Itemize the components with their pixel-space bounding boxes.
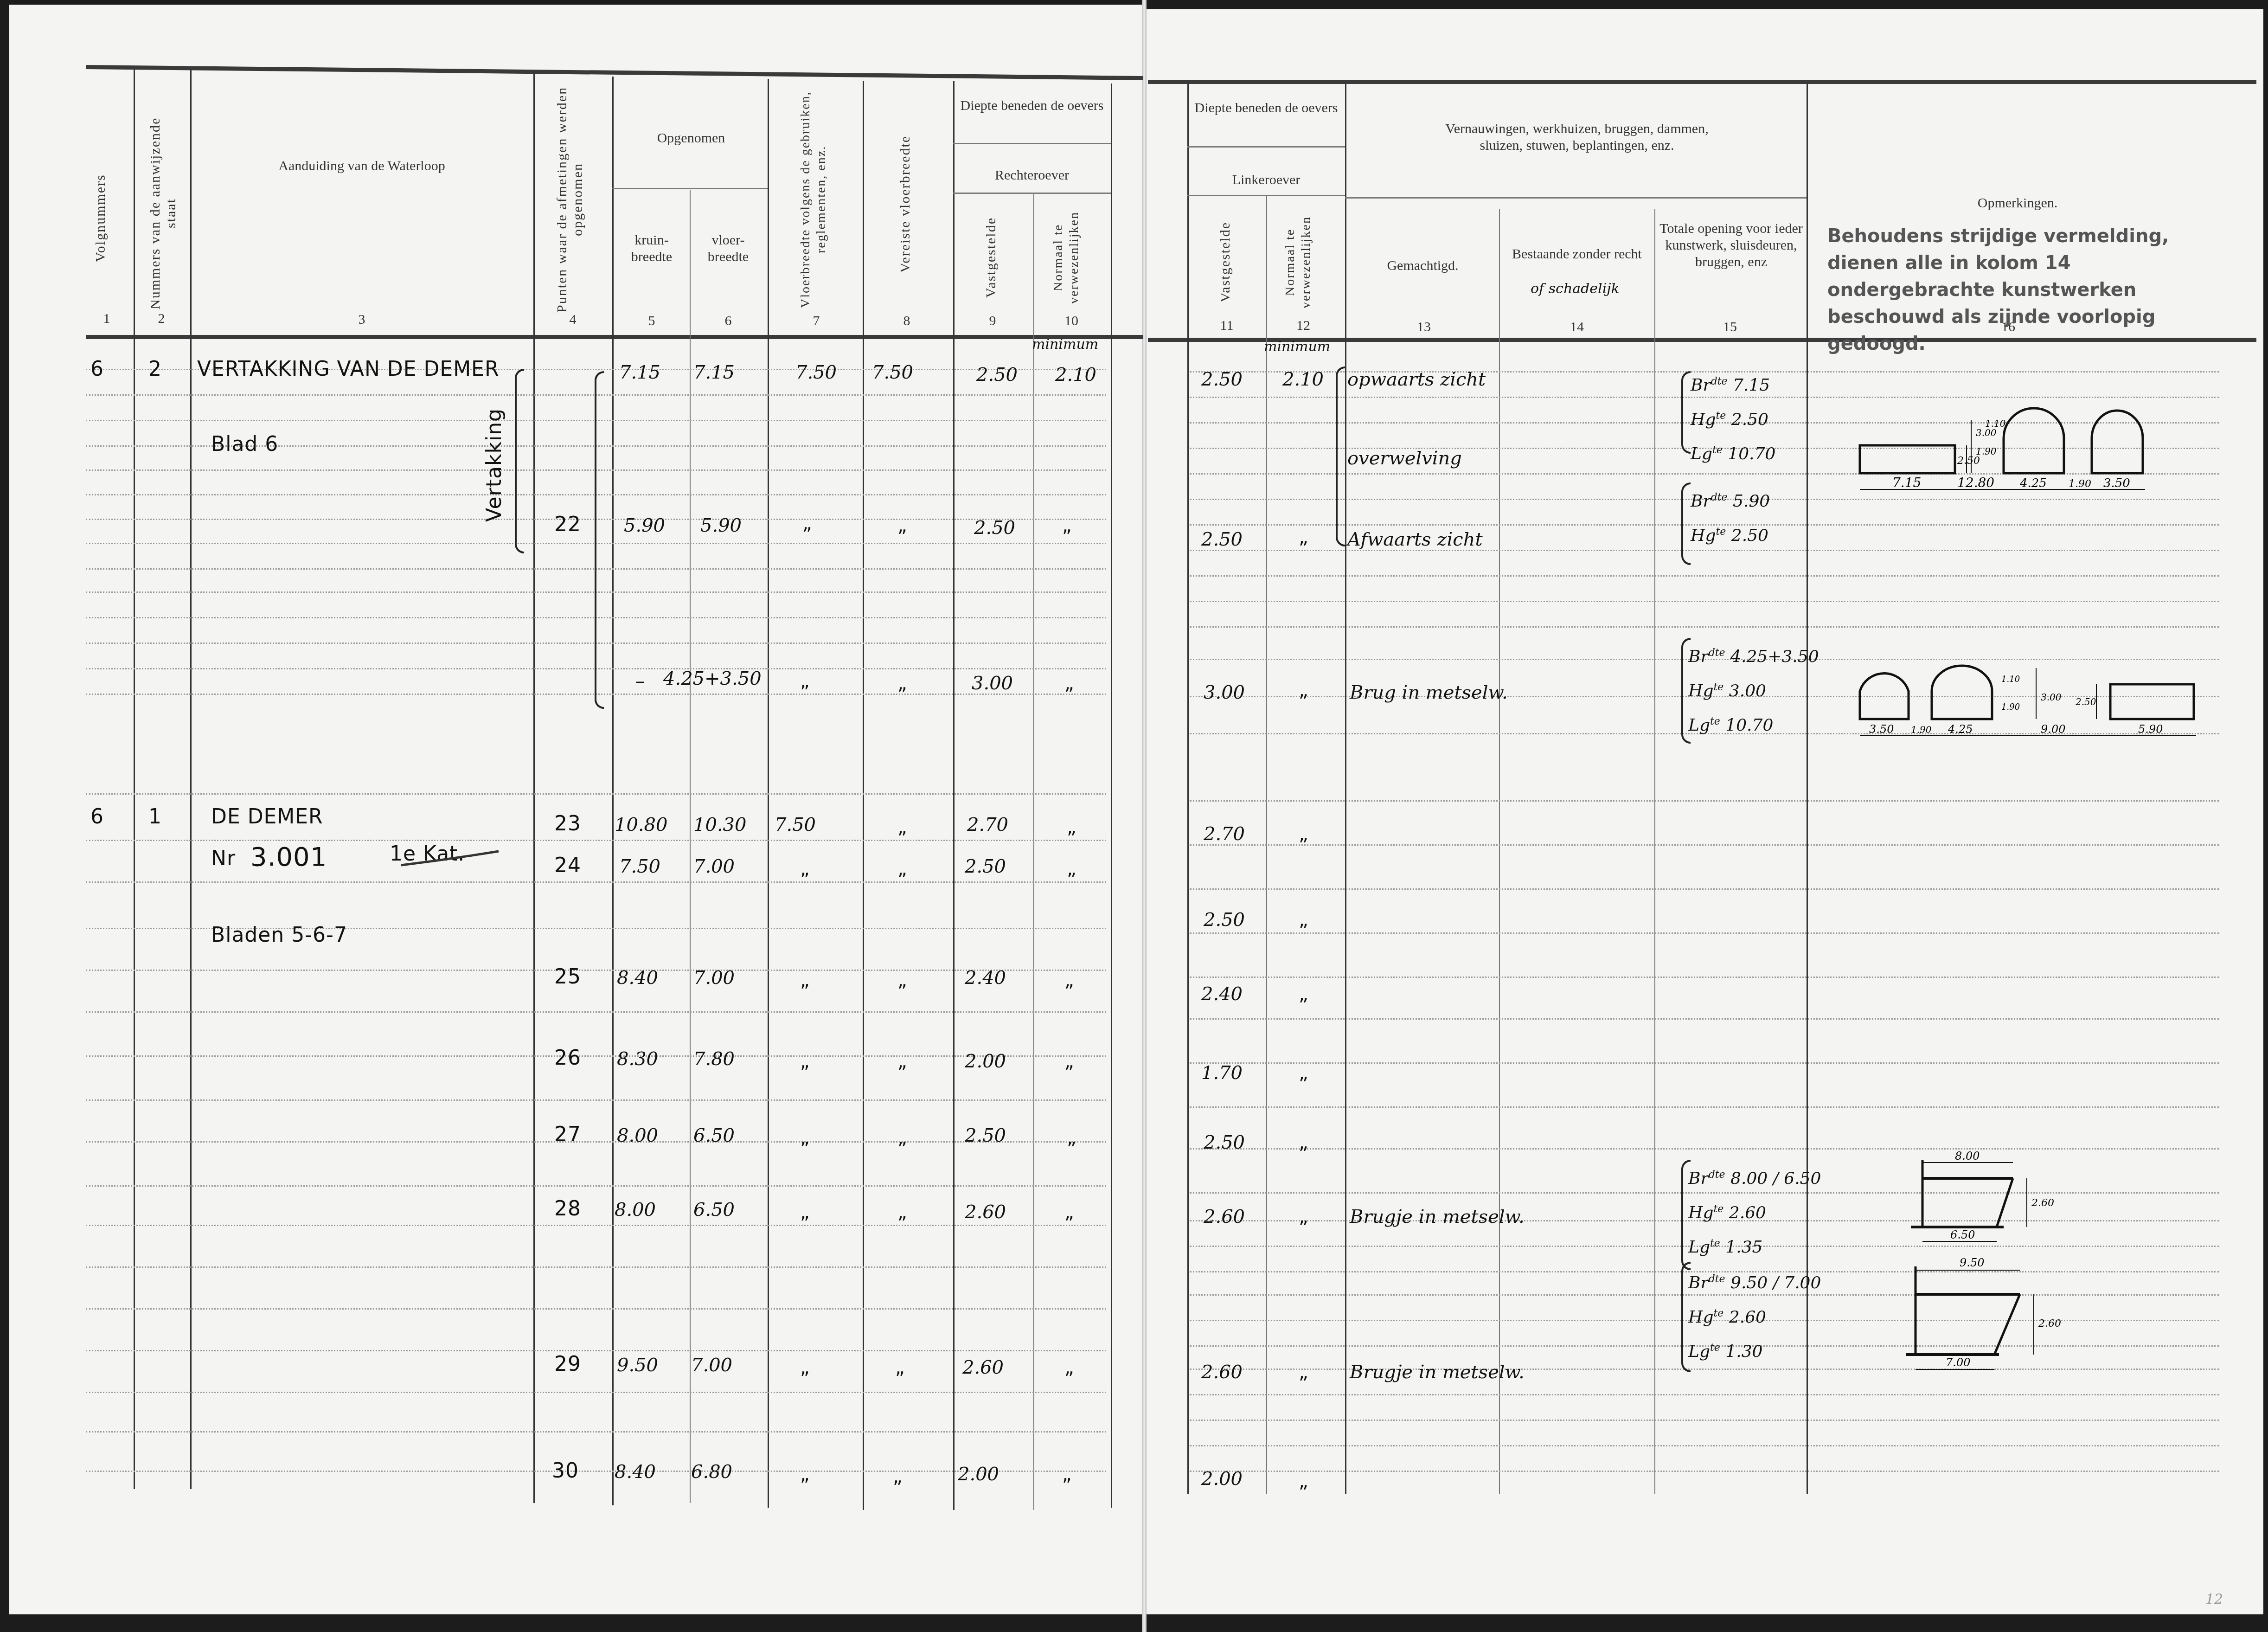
- cell-point: 30: [552, 1459, 579, 1483]
- entry-nr-prefix: Nr: [211, 847, 236, 870]
- cell-ditto: „: [802, 513, 812, 534]
- row-guide: [1190, 932, 2219, 934]
- subheader-rule: [953, 193, 1111, 194]
- cell-ditto: „: [1067, 1127, 1076, 1149]
- opening-spec: Brdte 4.25+3.50 Hgte 3.00 Lgte 10.70: [1688, 638, 1819, 741]
- cell-ditto: „: [1299, 1471, 1308, 1492]
- cell-c9: 2.60: [965, 1202, 1006, 1223]
- opening-spec: Brdte 5.90 Hgte 2.50: [1691, 482, 1770, 551]
- cell-c9: 2.00: [958, 1464, 999, 1485]
- row-guide: [1190, 888, 2219, 890]
- row-guide: [86, 1011, 1106, 1013]
- cell-ditto: „: [1299, 1362, 1308, 1383]
- subheader-rule: [612, 188, 768, 189]
- row-guide: [1190, 844, 2219, 846]
- header-kruinbreedte: kruin-breedte: [617, 232, 686, 265]
- subheader-rule: [1345, 197, 1807, 199]
- svg-text:1.90: 1.90: [2069, 478, 2091, 490]
- cell-vloer: 7.00: [693, 967, 735, 989]
- cell-point: 29: [554, 1352, 581, 1376]
- svg-text:1.90: 1.90: [2001, 702, 2020, 712]
- cell-ditto: „: [1064, 970, 1074, 991]
- row-guide: [86, 840, 1106, 841]
- bracket: [595, 371, 604, 709]
- cell-c11: 1.70: [1201, 1062, 1243, 1084]
- entry-side-label: Vertakking: [482, 408, 506, 522]
- cell-ditto: „: [897, 1127, 907, 1149]
- cell-c11: 2.50: [1201, 529, 1243, 550]
- header-staat-nummers: Nummers van de aanwijzende staat: [147, 111, 180, 315]
- cell-ditto: „: [800, 1357, 810, 1378]
- row-guide: [86, 1350, 1106, 1351]
- cell-ditto: „: [897, 816, 907, 838]
- row-guide: [1190, 575, 2219, 577]
- svg-text:1.10: 1.10: [2001, 675, 2020, 684]
- col-divider: [1499, 209, 1500, 1494]
- cell-ditto: „: [1299, 909, 1308, 931]
- cell-c9: 2.50: [976, 364, 1018, 386]
- cell-c7: 7.50: [775, 814, 816, 835]
- row-guide: [86, 793, 1106, 795]
- cell-kruin: 7.15: [619, 362, 660, 383]
- bracket: [1336, 366, 1345, 546]
- row-guide: [86, 1266, 1106, 1268]
- cell-kruin: 8.30: [617, 1048, 658, 1070]
- header-normaal-l: Normaal te verwezenlijken: [1282, 199, 1320, 325]
- column-number: 3: [348, 312, 376, 328]
- svg-text:6.50: 6.50: [1950, 1228, 1975, 1241]
- cell-c9: 2.70: [967, 814, 1008, 835]
- remark-stamp: Behoudens strijdige vermelding, dienen a…: [1827, 223, 2217, 357]
- cell-ditto: „: [1299, 1062, 1308, 1084]
- col-divider: [134, 70, 135, 1489]
- cell-c13: Brugje in metselw.: [1350, 1206, 1525, 1227]
- header-opmerkingen: Opmerkingen.: [1948, 195, 2087, 212]
- svg-text:4.25: 4.25: [2019, 476, 2047, 490]
- cell-kruin: 8.00: [617, 1125, 658, 1146]
- row-guide: [86, 1185, 1106, 1187]
- cell-c11: 2.50: [1204, 1132, 1245, 1153]
- row-guide: [1190, 1106, 2219, 1108]
- cell-ditto: „: [800, 1051, 810, 1072]
- bracket: [1681, 371, 1691, 454]
- row-guide: [86, 881, 1106, 883]
- row-guide: [1190, 1420, 2219, 1421]
- col-divider: [1654, 209, 1655, 1494]
- cell-point: 22: [554, 513, 581, 536]
- cell-ditto: „: [1064, 1357, 1074, 1378]
- header-opgenomen: Opgenomen: [617, 130, 765, 147]
- entry-waterloop-name: DE DEMER: [211, 805, 323, 829]
- cell-c9: 2.40: [965, 967, 1006, 989]
- cell-ditto: „: [897, 970, 907, 991]
- header-volgnummers: Volgnummers: [93, 121, 111, 315]
- cell-ditto: „: [800, 858, 810, 880]
- entry-volgnummer: 6: [90, 357, 104, 381]
- svg-text:3.50: 3.50: [2103, 476, 2130, 490]
- column-number: 5: [638, 313, 666, 329]
- cell-ditto: „: [1067, 816, 1076, 838]
- column-number: 9: [979, 313, 1006, 329]
- cell-point: 28: [554, 1197, 581, 1221]
- cell-c10: 2.10: [1055, 364, 1096, 386]
- header-totale-opening: Totale opening voor ieder kunstwerk, slu…: [1658, 220, 1804, 270]
- header-waterloop: Aanduiding van de Waterloop: [260, 158, 464, 174]
- entry-staat-nr: 2: [148, 357, 162, 381]
- cell-c9: 2.50: [965, 856, 1006, 877]
- header-punten: Punten waar de afmetingen werden opgenom…: [554, 84, 596, 315]
- column-number: 4: [559, 312, 587, 328]
- col-divider: [1345, 84, 1346, 1494]
- cell-ditto: „: [1299, 527, 1308, 548]
- cell-ditto: „: [895, 1357, 905, 1378]
- cell-vloer: 7.00: [691, 1355, 732, 1376]
- cell-ditto: „: [1064, 1051, 1074, 1072]
- cell-c13: overwelving: [1347, 448, 1462, 469]
- cell-c9: 2.00: [965, 1051, 1006, 1072]
- cell-ditto: „: [1299, 1132, 1308, 1153]
- cell-kruin: 7.50: [619, 856, 660, 877]
- header-normaal-r: Normaal te verwezenlijken: [1051, 195, 1088, 320]
- cell-point: 24: [554, 854, 581, 877]
- header-vloerbreedte: vloer-breedte: [693, 232, 763, 265]
- cell-vloer: 5.90: [700, 515, 742, 536]
- entry-waterloop-name: VERTAKKING VAN DE DEMER: [197, 357, 499, 381]
- cell-c9: 2.50: [965, 1125, 1006, 1146]
- cell-ditto: „: [897, 1051, 907, 1072]
- cell-c13: opwaarts zicht: [1347, 369, 1486, 390]
- cell-ditto: „: [1067, 858, 1076, 880]
- row-guide: [86, 1055, 1106, 1057]
- header-vereiste-vloerbreedte: Vereiste vloerbreedte: [897, 107, 916, 302]
- cell-ditto: „: [800, 1464, 810, 1485]
- column-number: 8: [893, 313, 921, 329]
- bracket: [1681, 482, 1691, 565]
- cell-c7: 7.50: [795, 362, 837, 383]
- header-rechteroever: Rechteroever: [955, 167, 1108, 184]
- svg-text:3.00: 3.00: [2041, 692, 2062, 703]
- cell-ditto: „: [1299, 983, 1308, 1005]
- cell-kruin: –: [635, 670, 645, 692]
- col-divider: [1033, 193, 1034, 1510]
- subheader-rule: [1187, 146, 1345, 148]
- entry-staat-nr: 1: [148, 805, 162, 829]
- cell-kruin: 9.50: [617, 1355, 658, 1376]
- top-rule-right: [1148, 80, 2256, 84]
- cell-c11: 2.60: [1201, 1362, 1243, 1383]
- cell-vloer: 7.15: [693, 362, 735, 383]
- entry-volgnummer: 6: [90, 805, 104, 829]
- column-number: 6: [714, 313, 742, 329]
- entry-nr-value: 3.001: [250, 842, 327, 872]
- cell-vloer: 10.30: [693, 814, 747, 835]
- cell-kruin: 8.00: [615, 1199, 656, 1221]
- svg-text:5.90: 5.90: [2138, 723, 2163, 736]
- svg-text:7.00: 7.00: [1946, 1356, 1970, 1369]
- header-vloerbreedte-gebruiken: Vloerbreedte volgens de gebruiken, regle…: [798, 84, 839, 315]
- cell-vloer: 6.80: [691, 1461, 732, 1483]
- svg-text:8.00: 8.00: [1955, 1150, 1980, 1163]
- col-divider: [1187, 84, 1189, 1494]
- row-guide: [1190, 1394, 2219, 1395]
- column-number: 1: [93, 311, 121, 327]
- header-gemachtigd: Gemachtigd.: [1350, 257, 1496, 274]
- header-linkeroever: Linkeroever: [1190, 172, 1343, 188]
- cell-point: 23: [554, 812, 581, 835]
- header-vernauwingen: Vernauwingen, werkhuizen, bruggen, damme…: [1433, 121, 1721, 154]
- cell-c11: 3.00: [1204, 682, 1245, 703]
- svg-text:7.15: 7.15: [1892, 475, 1921, 490]
- note-minimum-col10: minimum: [1032, 336, 1098, 353]
- header-diepte-right: Diepte beneden de oevers: [955, 97, 1108, 114]
- svg-text:12.80: 12.80: [1957, 475, 1994, 490]
- row-guide: [86, 1225, 1106, 1226]
- col-divider: [612, 77, 614, 1505]
- opening-spec: Brdte 7.15 Hgte 2.50 Lgte 10.70: [1691, 366, 1775, 469]
- cell-ditto: „: [897, 515, 907, 536]
- cell-ditto: „: [800, 1202, 810, 1223]
- cell-ditto: „: [1299, 1206, 1308, 1227]
- column-number: 12: [1289, 318, 1317, 334]
- subheader-rule: [953, 143, 1111, 144]
- header-diepte-left: Diepte beneden de oevers: [1190, 100, 1343, 116]
- cell-point: 26: [554, 1046, 581, 1070]
- cell-c11: 2.40: [1201, 983, 1243, 1005]
- sketch-opwaarts-cross-section: 7.15 2.50 12.80 3.00 1.90 1.10 4.25 1.90…: [1851, 418, 2212, 524]
- cell-c9: 2.60: [962, 1357, 1004, 1378]
- header-bestaande: Bestaande zonder recht: [1503, 246, 1651, 263]
- opening-spec: Brdte 8.00 / 6.50 Hgte 2.60 Lgte 1.35: [1688, 1160, 1821, 1263]
- cell-kruin: 8.40: [617, 967, 658, 989]
- cell-point: 27: [554, 1123, 581, 1146]
- cell-ditto: „: [800, 670, 810, 692]
- col-divider: [190, 70, 192, 1489]
- cell-c11: 2.70: [1204, 823, 1245, 845]
- row-guide: [1190, 1062, 2219, 1064]
- cell-vloer: 6.50: [693, 1199, 735, 1221]
- header-bottom-rule-left: [86, 335, 1143, 339]
- sketch-brug-cross-section: 3.50 1.90 4.25 1.10 1.90 3.00 9.00 2.50 …: [1851, 668, 2212, 752]
- cell-vloer: 4.25+3.50: [663, 668, 762, 689]
- bracket: [515, 369, 524, 553]
- opening-spec: Brdte 9.50 / 7.00 Hgte 2.60 Lgte 1.30: [1688, 1264, 1821, 1367]
- cell-ditto: „: [1299, 823, 1308, 845]
- subheader-rule: [1187, 195, 1345, 196]
- cell-ditto: „: [897, 1202, 907, 1223]
- book-gutter: [1142, 0, 1147, 1632]
- cell-ditto: „: [1064, 1202, 1074, 1223]
- row-guide: [86, 1141, 1106, 1143]
- svg-text:1.10: 1.10: [1985, 418, 2006, 429]
- cell-vloer: 7.80: [693, 1048, 735, 1070]
- row-guide: [1190, 626, 2219, 628]
- cell-kruin: 8.40: [615, 1461, 656, 1483]
- cell-c11: 2.50: [1201, 369, 1243, 390]
- row-guide: [86, 970, 1106, 971]
- cell-ditto: „: [800, 1127, 810, 1149]
- cell-vloer: 6.50: [693, 1125, 735, 1146]
- cell-c9: 3.00: [972, 673, 1013, 694]
- cell-c11: 2.00: [1201, 1468, 1243, 1490]
- cell-point: 25: [554, 965, 581, 989]
- page-marker: 12: [2205, 1591, 2223, 1607]
- header-vastgestelde-l: Vastgestelde: [1217, 204, 1236, 320]
- column-number: 11: [1213, 318, 1241, 334]
- row-guide: [1190, 977, 2219, 978]
- row-guide: [1190, 601, 2219, 602]
- svg-text:2.60: 2.60: [2038, 1318, 2061, 1330]
- svg-text:9.50: 9.50: [1960, 1256, 1984, 1269]
- cell-ditto: „: [897, 858, 907, 880]
- col-divider: [953, 81, 955, 1510]
- svg-text:3.50: 3.50: [1869, 723, 1894, 736]
- cell-vloer: 7.00: [693, 856, 735, 877]
- col-divider: [690, 190, 691, 1503]
- header-vastgestelde-r: Vastgestelde: [983, 199, 1002, 315]
- cell-kruin: 5.90: [624, 515, 665, 536]
- cell-c13: Brugje in metselw.: [1350, 1362, 1525, 1383]
- col-divider: [863, 81, 864, 1510]
- cell-ditto: „: [893, 1466, 903, 1487]
- svg-text:2.60: 2.60: [2031, 1197, 2054, 1209]
- cell-c13: Brug in metselw.: [1350, 682, 1508, 703]
- note-minimum-col12: minimum: [1264, 339, 1330, 355]
- column-number: 10: [1057, 313, 1085, 329]
- header-handwritten-schadelijk: of schadelijk: [1531, 281, 1620, 297]
- cell-kruin: 10.80: [615, 814, 668, 835]
- row-guide: [86, 1392, 1106, 1393]
- row-guide: [86, 1308, 1106, 1310]
- cell-ditto: „: [1062, 515, 1072, 536]
- row-guide: [1190, 800, 2219, 802]
- cell-ditto: „: [1062, 1464, 1072, 1485]
- svg-text:1.90: 1.90: [1976, 446, 1997, 457]
- row-guide: [86, 1099, 1106, 1101]
- row-guide: [1190, 1445, 2219, 1446]
- entry-sheet: Bladen 5-6-7: [211, 923, 347, 947]
- cell-c9: 2.50: [974, 517, 1015, 539]
- cell-ditto: „: [800, 970, 810, 991]
- row-guide: [1190, 1471, 2219, 1472]
- svg-text:4.25: 4.25: [1948, 723, 1973, 736]
- cell-ditto: „: [897, 673, 907, 694]
- col-divider: [1111, 84, 1112, 1508]
- cell-c13: Afwaarts zicht: [1347, 529, 1482, 550]
- row-guide: [1190, 1148, 2219, 1150]
- category-underline: [399, 849, 501, 867]
- column-number: 14: [1563, 319, 1591, 335]
- col-divider: [533, 74, 535, 1503]
- sketch-brugje-29: 9.50 7.00 2.60: [1883, 1248, 2161, 1378]
- cell-ditto: „: [1299, 680, 1308, 701]
- column-number: 2: [147, 311, 175, 327]
- cell-c12: 2.10: [1282, 369, 1324, 390]
- cell-c11: 2.60: [1204, 1206, 1245, 1227]
- row-guide: [86, 1471, 1106, 1472]
- row-guide: [86, 1431, 1106, 1433]
- column-number: 15: [1716, 319, 1744, 335]
- svg-text:9.00: 9.00: [2041, 723, 2065, 736]
- svg-text:1.90: 1.90: [1911, 724, 1932, 735]
- cell-c8: 7.50: [872, 362, 913, 383]
- cell-c11: 2.50: [1204, 909, 1245, 931]
- entry-sheet: Blad 6: [211, 432, 278, 456]
- column-number: 7: [802, 313, 830, 329]
- column-number: 13: [1410, 319, 1438, 335]
- svg-text:2.50: 2.50: [2075, 696, 2096, 707]
- row-guide: [1190, 1018, 2219, 1020]
- cell-ditto: „: [1064, 673, 1074, 694]
